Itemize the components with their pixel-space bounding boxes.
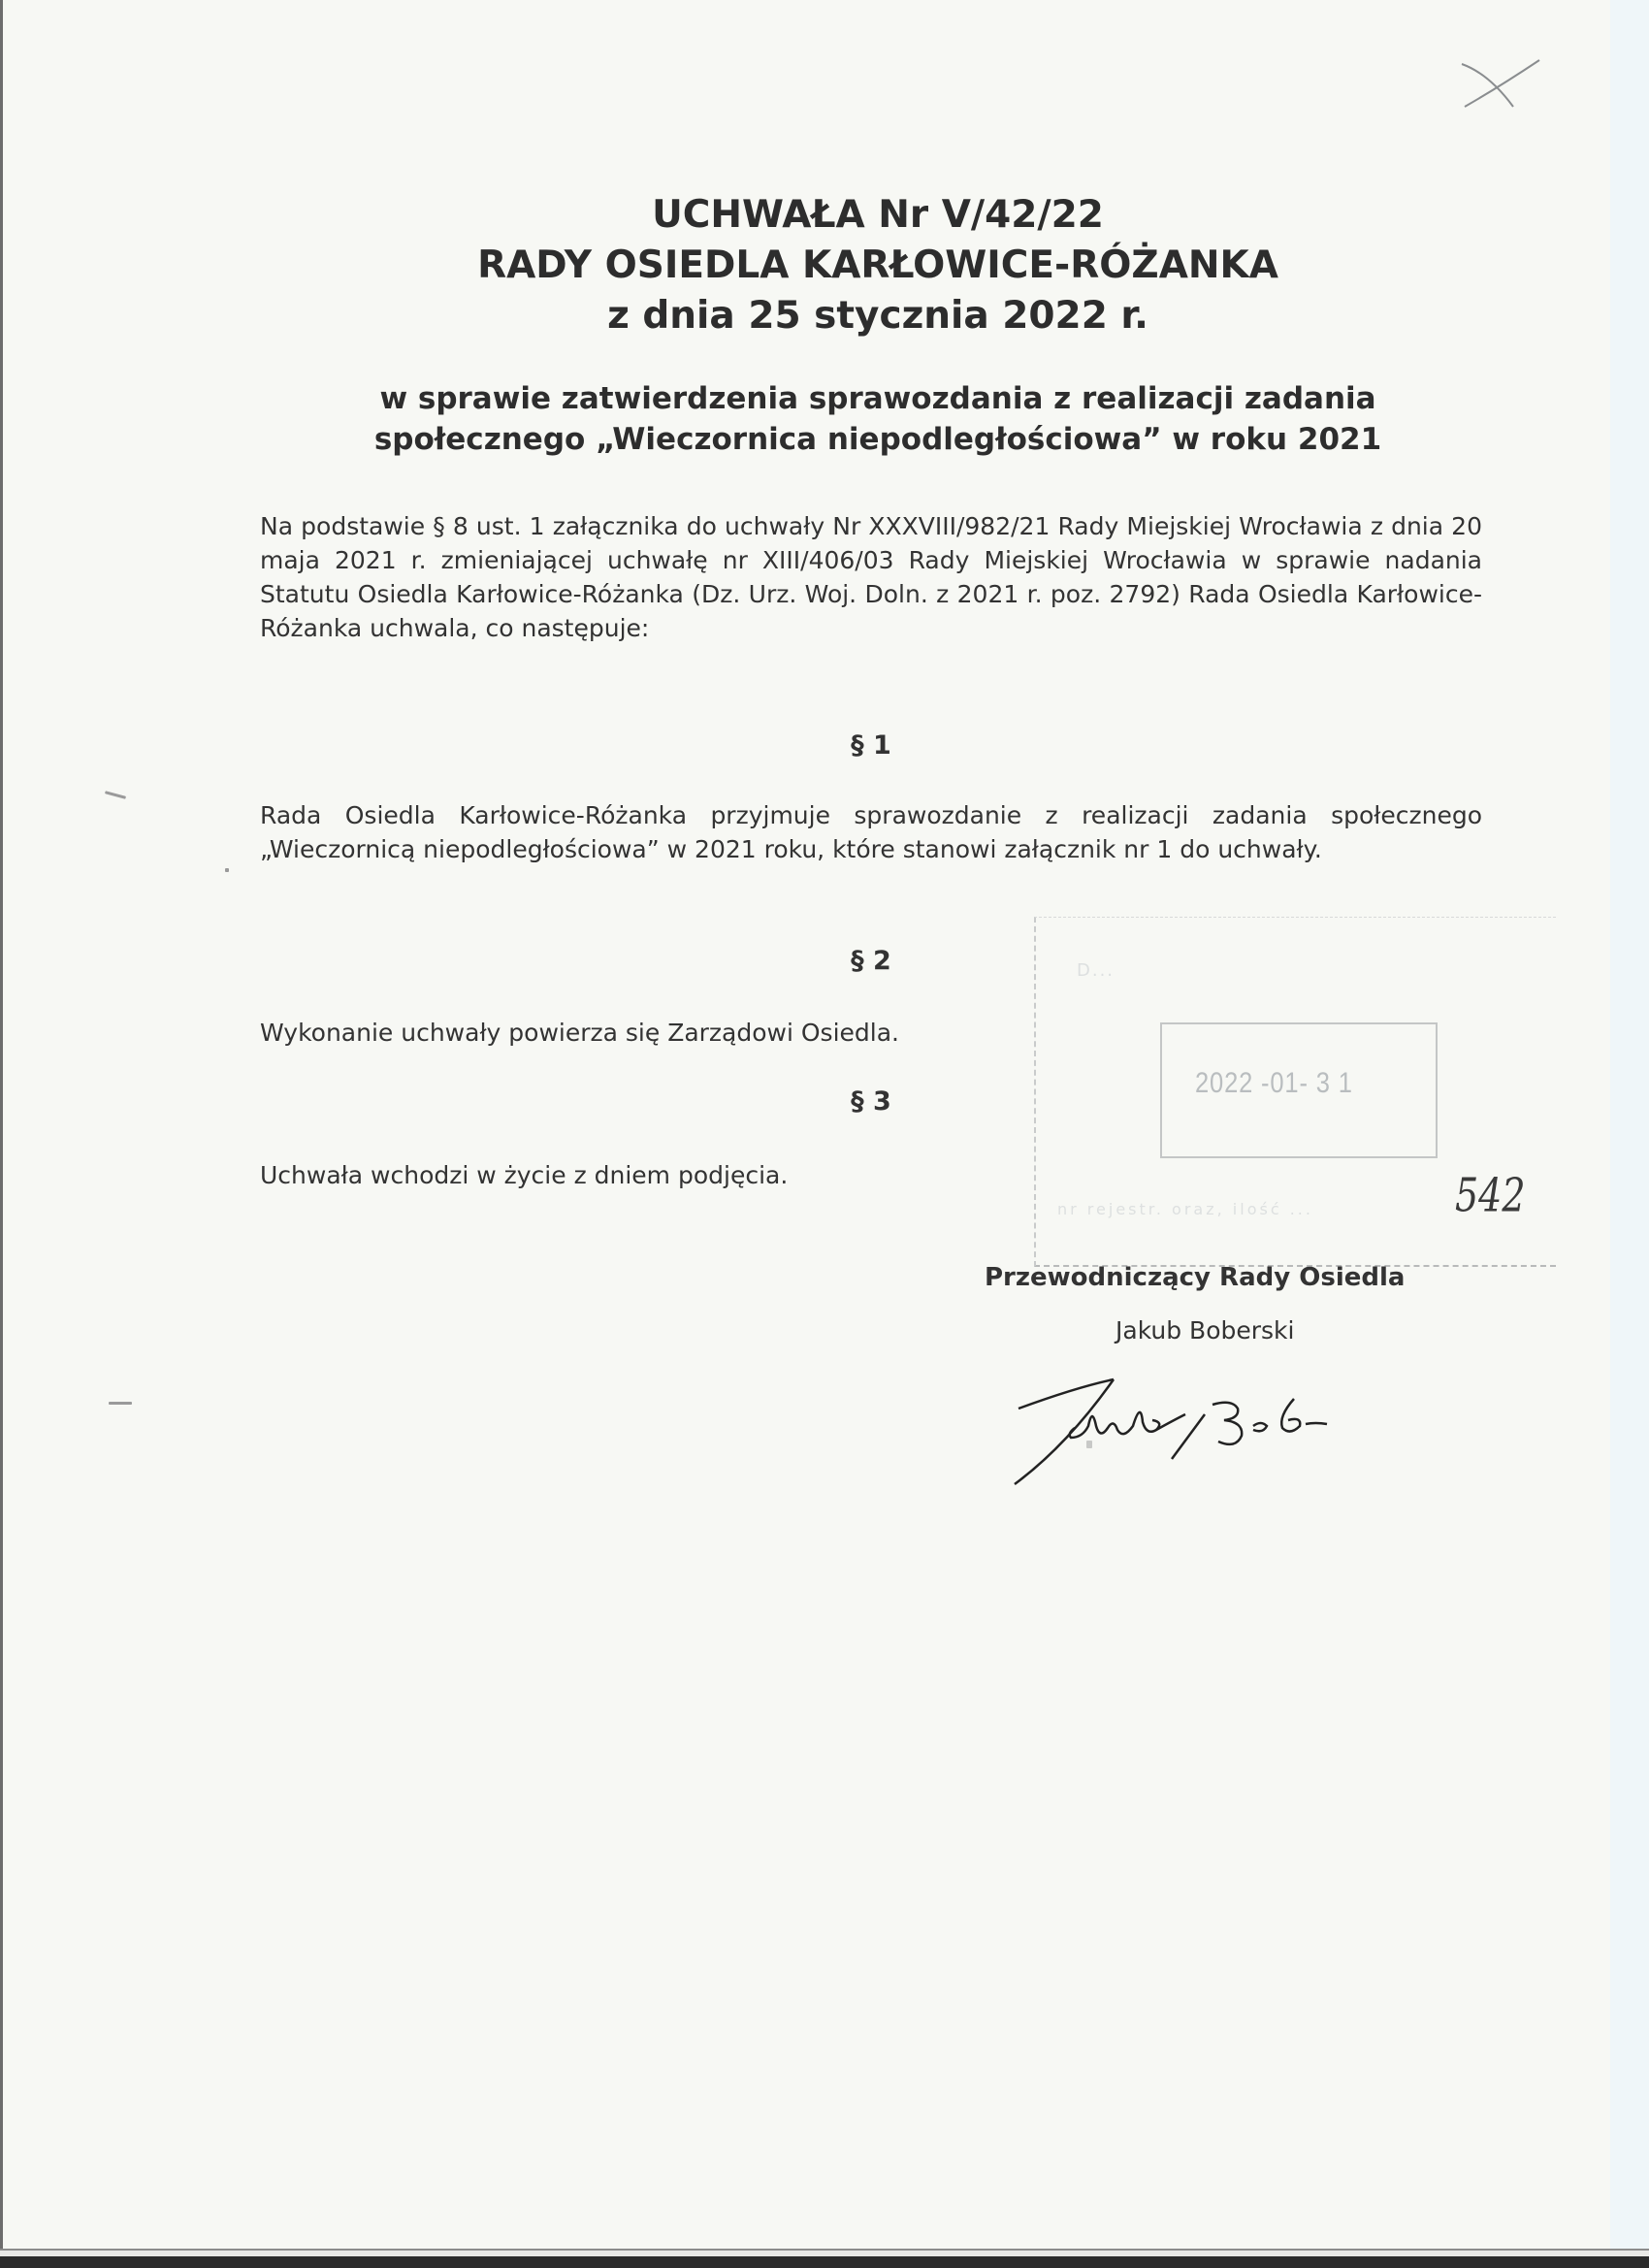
resolution-subject: w sprawie zatwierdzenia sprawozdania z r…	[0, 378, 1649, 460]
resolution-title: UCHWAŁA Nr V/42/22 RADY OSIEDLA KARŁOWIC…	[0, 190, 1649, 341]
title-line-council: RADY OSIEDLA KARŁOWICE-RÓŻANKA	[0, 241, 1649, 291]
scan-speck	[225, 868, 229, 872]
title-line-number: UCHWAŁA Nr V/42/22	[0, 190, 1649, 241]
handwritten-signature-icon	[999, 1358, 1455, 1494]
signatory-name: Jakub Boberski	[1115, 1316, 1295, 1345]
subject-line-1: w sprawie zatwierdzenia sprawozdania z r…	[0, 378, 1649, 419]
preamble-paragraph: Na podstawie § 8 ust. 1 załącznika do uc…	[260, 509, 1482, 645]
stamp-faint-header: D...	[1077, 960, 1115, 981]
handwritten-register-number: 542	[1455, 1169, 1526, 1222]
subject-line-2: społecznego „Wieczornica niepodległościo…	[0, 419, 1649, 460]
signatory-title: Przewodniczący Rady Osiedla	[985, 1263, 1405, 1292]
stamp-date: 2022 -01- 3 1	[1195, 1067, 1353, 1100]
section-1-heading: § 1	[0, 730, 1649, 761]
scan-speck	[1086, 1441, 1092, 1448]
scan-bottom-edge	[0, 2249, 1649, 2256]
title-line-date: z dnia 25 stycznia 2022 r.	[0, 291, 1649, 341]
stamp-faint-footer: nr rejestr. oraz, ilość ...	[1057, 1200, 1313, 1218]
section-1-text: Rada Osiedla Karłowice-Różanka przyjmuje…	[260, 798, 1482, 866]
pencil-x-icon	[1460, 58, 1547, 116]
scan-speck	[109, 1402, 132, 1405]
